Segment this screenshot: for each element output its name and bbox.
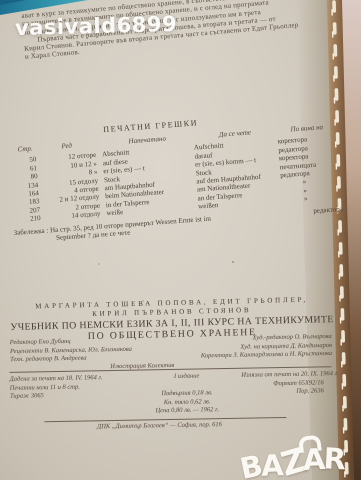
errata-section: ПЕЧАТНИ ГРЕШКИ Стр. Ред Напечатано Да се… bbox=[6, 108, 345, 246]
production-price: Цена 0,80 лв. — 1962 г. bbox=[132, 406, 242, 417]
paper-speck bbox=[98, 263, 100, 265]
shopping-bag-handle-icon bbox=[298, 434, 322, 453]
paper-speck bbox=[232, 261, 234, 263]
production-block: Дадена за печат на 18. IV. 1964 г. I изд… bbox=[9, 366, 332, 433]
seller-watermark: vasivald6899 bbox=[15, 12, 178, 40]
errata-cell-page: 210 bbox=[12, 214, 49, 225]
imprint-proofreaders: Коректори З. Кантарджиева и Н. Кръстанов… bbox=[201, 350, 332, 361]
book-page-photo: ават в курс за техникумите по обществено… bbox=[0, 0, 361, 480]
imprint-tech-editor: Техн. редактор В. Андреева bbox=[10, 355, 87, 365]
